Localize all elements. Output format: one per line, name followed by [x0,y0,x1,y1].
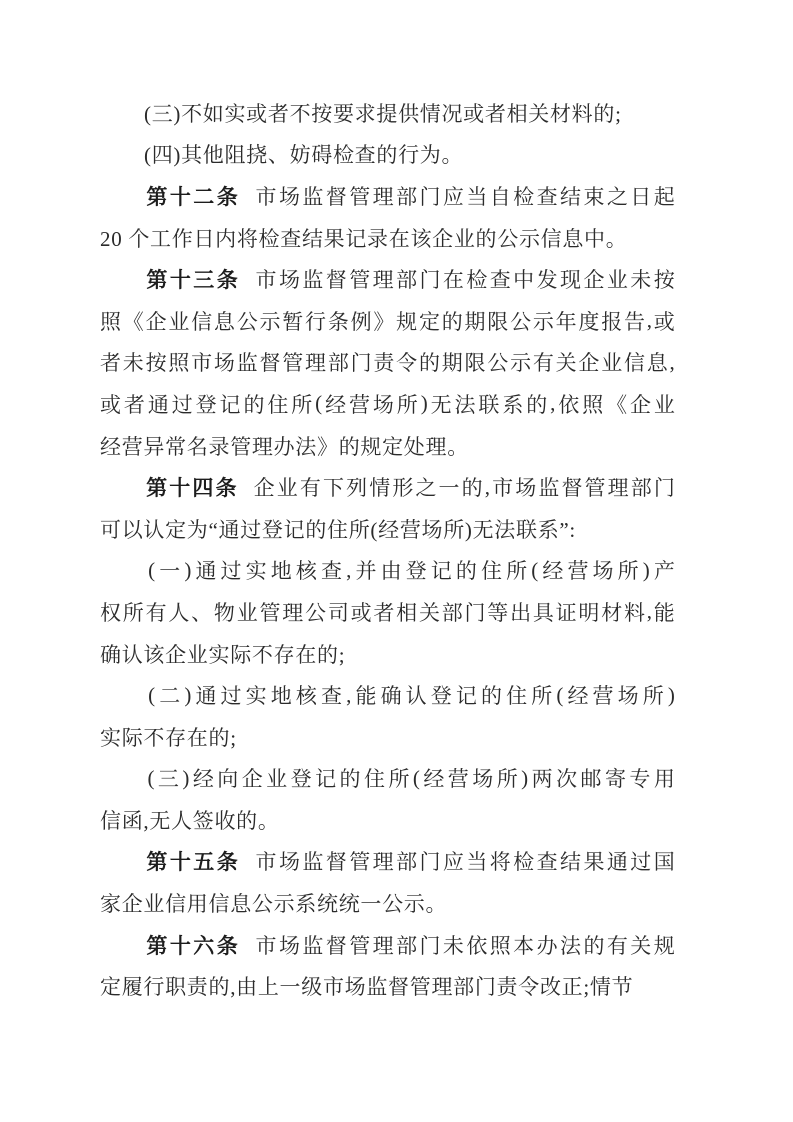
paragraph-line: 定履行职责的,由上一级市场监督管理部门责令改正;情节 [100,965,675,1007]
line-text: 可以认定为“通过登记的住所(经营场所)无法联系”: [100,514,576,544]
paragraph-line: 者未按照市场监督管理部门责令的期限公示有关企业信息, [100,342,675,384]
paragraph-line-article-start: 第十四条企业有下列情形之一的,市场监督管理部门 [100,466,675,508]
paragraph-line-article-start: 第十六条市场监督管理部门未依照本办法的有关规 [100,924,675,966]
line-text: 实际不存在的; [100,722,237,752]
document-page: (三)不如实或者不按要求提供情况或者相关材料的;(四)其他阻挠、妨碍检查的行为。… [0,0,793,1122]
paragraph-line: (三)不如实或者不按要求提供情况或者相关材料的; [100,92,675,134]
paragraph-line: 可以认定为“通过登记的住所(经营场所)无法联系”: [100,508,675,550]
line-text: 经营异常名录管理办法》的规定处理。 [100,431,469,461]
paragraph-line-article-start: 第十三条市场监督管理部门在检查中发现企业未按 [100,258,675,300]
paragraph-line: 权所有人、物业管理公司或者相关部门等出具证明材料,能 [100,591,675,633]
line-text: 20 个工作日内将检查结果记录在该企业的公示信息中。 [100,223,627,253]
document-text-block: (三)不如实或者不按要求提供情况或者相关材料的;(四)其他阻挠、妨碍检查的行为。… [100,92,675,1007]
line-text: 确认该企业实际不存在的; [100,639,345,669]
paragraph-line: 家企业信用信息公示系统统一公示。 [100,882,675,924]
paragraph-line: (三)经向企业登记的住所(经营场所)两次邮寄专用 [100,758,675,800]
line-text: 家企业信用信息公示系统统一公示。 [100,888,447,918]
paragraph-line: 或者通过登记的住所(经营场所)无法联系的,依照《企业 [100,383,675,425]
line-text: 信函,无人签收的。 [100,805,280,835]
paragraph-line: 经营异常名录管理办法》的规定处理。 [100,425,675,467]
paragraph-line: 照《企业信息公示暂行条例》规定的期限公示年度报告,或 [100,300,675,342]
line-text: (三)不如实或者不按要求提供情况或者相关材料的; [144,98,622,128]
paragraph-line-article-start: 第十五条市场监督管理部门应当将检查结果通过国 [100,841,675,883]
paragraph-line: (一)通过实地核查,并由登记的住所(经营场所)产 [100,550,675,592]
paragraph-line-article-start: 第十二条市场监督管理部门应当自检查结束之日起 [100,175,675,217]
paragraph-line: 信函,无人签收的。 [100,799,675,841]
line-text: (四)其他阻挠、妨碍检查的行为。 [144,139,463,169]
paragraph-line: (四)其他阻挠、妨碍检查的行为。 [100,134,675,176]
line-text: 定履行职责的,由上一级市场监督管理部门责令改正;情节 [100,971,633,1001]
paragraph-line: 确认该企业实际不存在的; [100,633,675,675]
paragraph-line: 20 个工作日内将检查结果记录在该企业的公示信息中。 [100,217,675,259]
paragraph-line: 实际不存在的; [100,716,675,758]
paragraph-line: (二)通过实地核查,能确认登记的住所(经营场所) [100,674,675,716]
